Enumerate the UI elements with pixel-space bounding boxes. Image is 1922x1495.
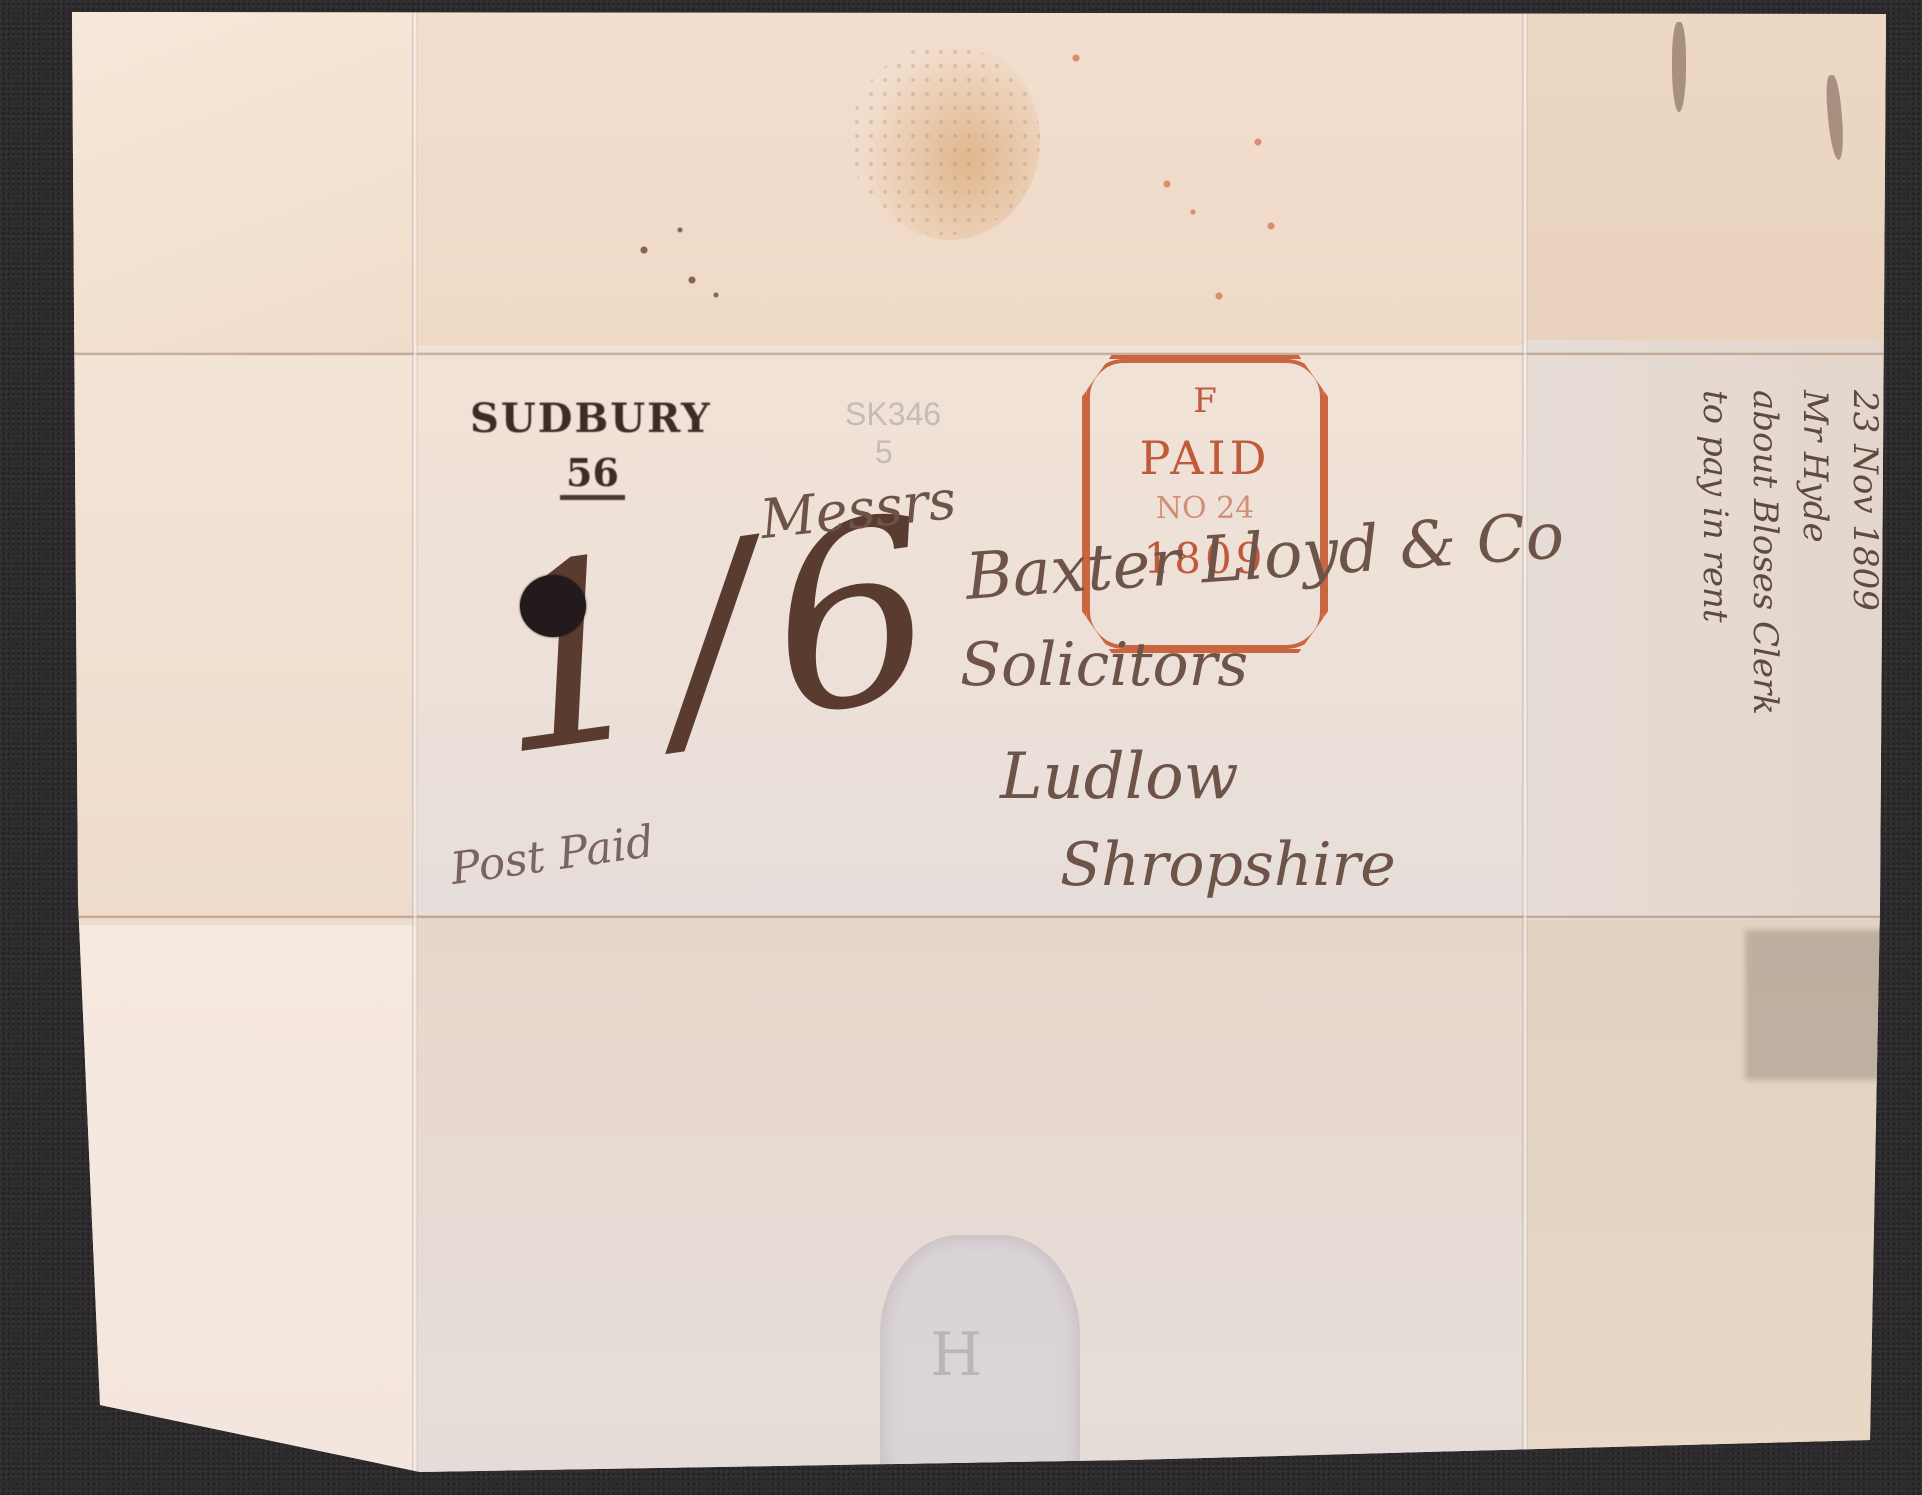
- fold-line-upper: [60, 352, 1910, 356]
- panel-top-right: [1525, 0, 1905, 340]
- panel-middle-left: [60, 355, 415, 925]
- mileage-stamp: 56: [560, 450, 625, 500]
- paid-datestamp: F PAID NO 24 1809: [1082, 355, 1328, 653]
- fold-line-right: [1522, 0, 1528, 1495]
- address-town: Ludlow: [1000, 740, 1238, 814]
- panel-top-left: [60, 0, 415, 355]
- address-county: Shropshire: [1060, 830, 1396, 900]
- fold-line-lower: [60, 915, 1910, 919]
- fold-line-left: [412, 0, 418, 1495]
- ink-blot: [520, 575, 586, 637]
- ink-drip: [1672, 22, 1686, 112]
- stain-shadow: [1745, 930, 1885, 1080]
- red-ink-flecks: [1050, 30, 1310, 310]
- seal-impression-icon: [850, 45, 1040, 235]
- panel-bottom-left: [60, 925, 415, 1495]
- address-profession: Solicitors: [960, 630, 1248, 700]
- letter-photo: H SUDBURY 56 SK346 5 1/6 F PAID NO 24 18…: [0, 0, 1922, 1495]
- ink-flecks: [620, 210, 740, 310]
- seal-letter: H: [930, 1320, 986, 1390]
- town-stamp: SUDBURY: [470, 395, 712, 442]
- docket-endorsement: 23 Nov 1809 Mr Hyde about Bloses Clerk t…: [1610, 390, 1910, 770]
